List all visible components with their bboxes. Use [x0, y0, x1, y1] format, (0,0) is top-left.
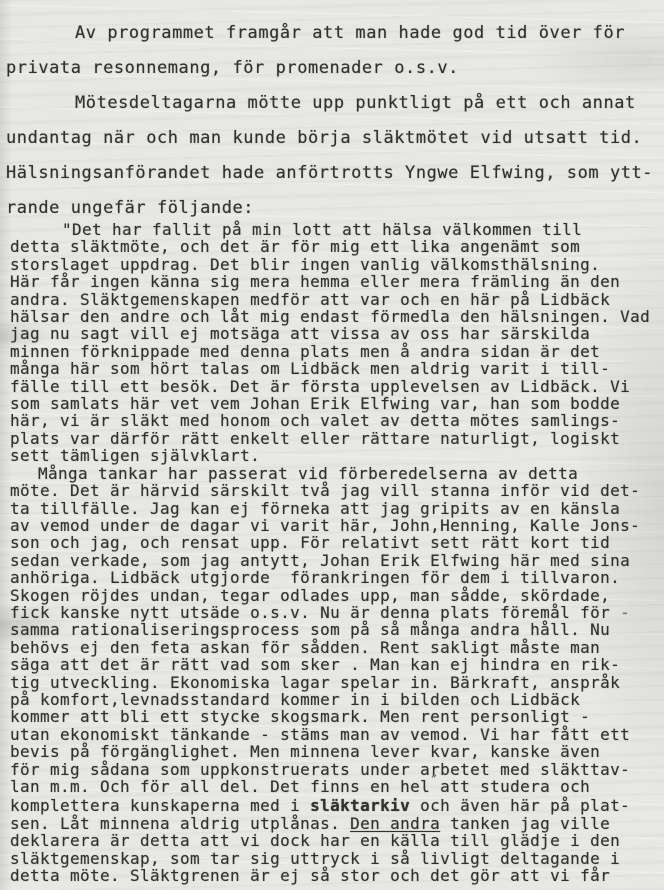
document-line: sedan verkade, som jag antytt, Johan Eri…	[10, 552, 662, 569]
document-line: säga att det är rätt vad som sker . Man …	[10, 656, 662, 673]
document-line: Av programmet framgår att man hade god t…	[6, 16, 662, 51]
document-line: släktgemenskap, som tar sig uttryck i så…	[10, 850, 662, 867]
text-segment: sedan verkade, som jag antytt, Johan Eri…	[10, 551, 630, 570]
text-segment: andra. Släktgemenskapen medför att var o…	[10, 290, 610, 309]
text-segment: sen. Låt minnena aldrig utplånas.	[10, 814, 350, 833]
document-line: sett tämligen självklart.	[10, 447, 662, 464]
document-line: privata resonnemang, för promenader o.s.…	[6, 51, 662, 86]
document-line: detta släktmöte, och det är för mig ett …	[10, 238, 662, 255]
document-line: av vemod under de dagar vi varit här, Jo…	[10, 517, 662, 534]
text-segment: och även här på plat-	[410, 796, 630, 815]
text-segment: ta tillfälle. Jag kan ej förneka att jag…	[10, 499, 620, 518]
text-segment: säga att det är rätt vad som sker . Man …	[10, 655, 620, 674]
document-line: bevis på förgänglighet. Men minnena leve…	[10, 743, 662, 760]
text-segment: att studera och	[440, 777, 590, 796]
document-line: Här får ingen känna sig mera hemma eller…	[10, 273, 662, 290]
text-segment: behövs ej den feta askan för sådden. Ren…	[10, 638, 600, 657]
text-segment: av vemod under de dagar vi varit här, Jo…	[10, 516, 640, 535]
intro-section: Av programmet framgår att man hade god t…	[6, 16, 662, 226]
text-segment: tig utveckling. Ekonomiska lagar spelar …	[10, 673, 620, 692]
text-segment: sett tämligen självklart.	[10, 446, 260, 465]
document-line: fälle till ett besök. Det är första uppl…	[10, 378, 662, 395]
text-segment: Hälsningsanförandet hade anförtrotts Yng…	[6, 163, 653, 183]
text-segment: Mötesdeltagarna mötte upp punktligt på e…	[75, 93, 636, 113]
text-segment-bold: släktarkiv	[310, 796, 410, 815]
text-segment: jag nu sagt vill ej motsäga att vissa av…	[10, 324, 590, 343]
text-segment: släktgemenskap, som tar sig uttryck i så…	[10, 849, 620, 868]
text-segment-underline: Den andra	[350, 814, 440, 833]
text-segment: anhöriga. Lidbäck utgjorde förankringen …	[10, 568, 620, 587]
document-line: behövs ej den feta askan för sådden. Ren…	[10, 639, 662, 656]
text-segment: detta möte. Släktgrenen är ej så stor oc…	[10, 866, 610, 885]
document-line: Skogen röjdes undan, tegar odlades upp, …	[10, 587, 662, 604]
document-line: Mötesdeltagarna mötte upp punktligt på e…	[6, 86, 662, 121]
document-line: hälsar den andre och låt mig endast förm…	[10, 308, 662, 325]
document-line: detta möte. Släktgrenen är ej så stor oc…	[10, 867, 662, 884]
text-segment: Många tankar har passerat vid förberedel…	[38, 464, 578, 483]
speech-quote-section: "Det har fallit på min lott att hälsa vä…	[10, 221, 662, 884]
document-line: son och jag, och rensat upp. För relativ…	[10, 534, 662, 551]
document-line: "Det har fallit på min lott att hälsa vä…	[10, 221, 662, 238]
document-line: Hälsningsanförandet hade anförtrotts Yng…	[6, 156, 662, 191]
text-segment: som samlats här vet vem Johan Erik Elfwi…	[10, 394, 620, 413]
scanned-document-page: Av programmet framgår att man hade god t…	[0, 0, 664, 890]
text-segment-faint: -	[610, 603, 630, 622]
text-segment: lan m.m. Och för all del. Det finns en h…	[10, 777, 430, 796]
text-segment: för mig sådana som uppkonstruerats under…	[10, 760, 630, 779]
text-segment: "Det har fallit på min lott att hälsa vä…	[62, 220, 582, 239]
text-segment: Skogen röjdes undan, tegar odlades upp, …	[10, 586, 610, 605]
text-segment: utan ekonomiskt tänkande - stäms man av …	[10, 725, 630, 744]
document-line: plats var därför rätt enkelt eller rätta…	[10, 430, 662, 447]
text-segment: här, vi är släkt med honom och valet av …	[10, 411, 620, 430]
document-line: tig utveckling. Ekonomiska lagar spelar …	[10, 674, 662, 691]
document-line: minnen förknippade med denna plats men å…	[10, 343, 662, 360]
text-segment: bevis på förgänglighet. Men minnena leve…	[10, 742, 600, 761]
text-segment: minnen förknippade med denna plats men å…	[10, 342, 600, 361]
text-segment: samma rationaliseringsprocess som på så …	[10, 620, 610, 639]
text-segment: fälle till ett besök. Det är första uppl…	[10, 377, 630, 396]
text-segment: många här som hört talas om Lidbäck men …	[10, 359, 610, 378]
document-line: komplettera kunskaperna med i släktarkiv…	[10, 797, 662, 814]
text-segment: Här får ingen känna sig mera hemma eller…	[10, 272, 620, 291]
document-line: ta tillfälle. Jag kan ej förneka att jag…	[10, 500, 662, 517]
document-line: andra. Släktgemenskapen medför att var o…	[10, 291, 662, 308]
text-segment: möte. Det är härvid särskilt två jag vil…	[10, 481, 640, 500]
text-segment: plats var därför rätt enkelt eller rätta…	[10, 429, 620, 448]
document-line: utan ekonomiskt tänkande - stäms man av …	[10, 726, 662, 743]
document-line: fick kanske nytt utsäde o.s.v. Nu är den…	[10, 604, 662, 621]
text-segment: på komfort,levnadsstandard kommer in i b…	[10, 690, 580, 709]
text-segment-hand: ″	[430, 773, 440, 790]
text-segment: Av programmet framgår att man hade god t…	[75, 23, 625, 43]
text-segment: rande ungefär följande:	[6, 198, 254, 218]
text-segment: detta släktmöte, och det är för mig ett …	[10, 237, 580, 256]
document-line: samma rationaliseringsprocess som på så …	[10, 621, 662, 638]
text-segment: tanken jag ville	[440, 814, 610, 833]
document-line: Många tankar har passerat vid förberedel…	[10, 465, 662, 482]
document-line: för mig sådana som uppkonstruerats under…	[10, 761, 662, 778]
text-segment: undantag när och man kunde börja släktmö…	[6, 128, 642, 148]
document-line: deklarera är detta att vi dock har en kä…	[10, 832, 662, 849]
document-line: anhöriga. Lidbäck utgjorde förankringen …	[10, 569, 662, 586]
document-line: undantag när och man kunde börja släktmö…	[6, 121, 662, 156]
document-line: jag nu sagt vill ej motsäga att vissa av…	[10, 325, 662, 342]
text-segment: storslaget uppdrag. Det blir ingen vanli…	[10, 255, 600, 274]
document-line: lan m.m. Och för all del. Det finns en h…	[10, 778, 662, 797]
document-line: kommer att bli ett stycke skogsmark. Men…	[10, 708, 662, 725]
text-segment: hälsar den andre och låt mig endast förm…	[10, 307, 650, 326]
document-line: här, vi är släkt med honom och valet av …	[10, 412, 662, 429]
document-line: storslaget uppdrag. Det blir ingen vanli…	[10, 256, 662, 273]
document-line: möte. Det är härvid särskilt två jag vil…	[10, 482, 662, 499]
text-segment: privata resonnemang, för promenader o.s.…	[6, 58, 459, 78]
document-line: många här som hört talas om Lidbäck men …	[10, 360, 662, 377]
text-segment: son och jag, och rensat upp. För relativ…	[10, 533, 610, 552]
text-segment: kommer att bli ett stycke skogsmark. Men…	[10, 707, 590, 726]
document-line: på komfort,levnadsstandard kommer in i b…	[10, 691, 662, 708]
text-segment: deklarera är detta att vi dock har en kä…	[10, 831, 620, 850]
document-line: som samlats här vet vem Johan Erik Elfwi…	[10, 395, 662, 412]
document-line: sen. Låt minnena aldrig utplånas. Den an…	[10, 815, 662, 832]
text-segment: komplettera kunskaperna med i	[10, 796, 310, 815]
